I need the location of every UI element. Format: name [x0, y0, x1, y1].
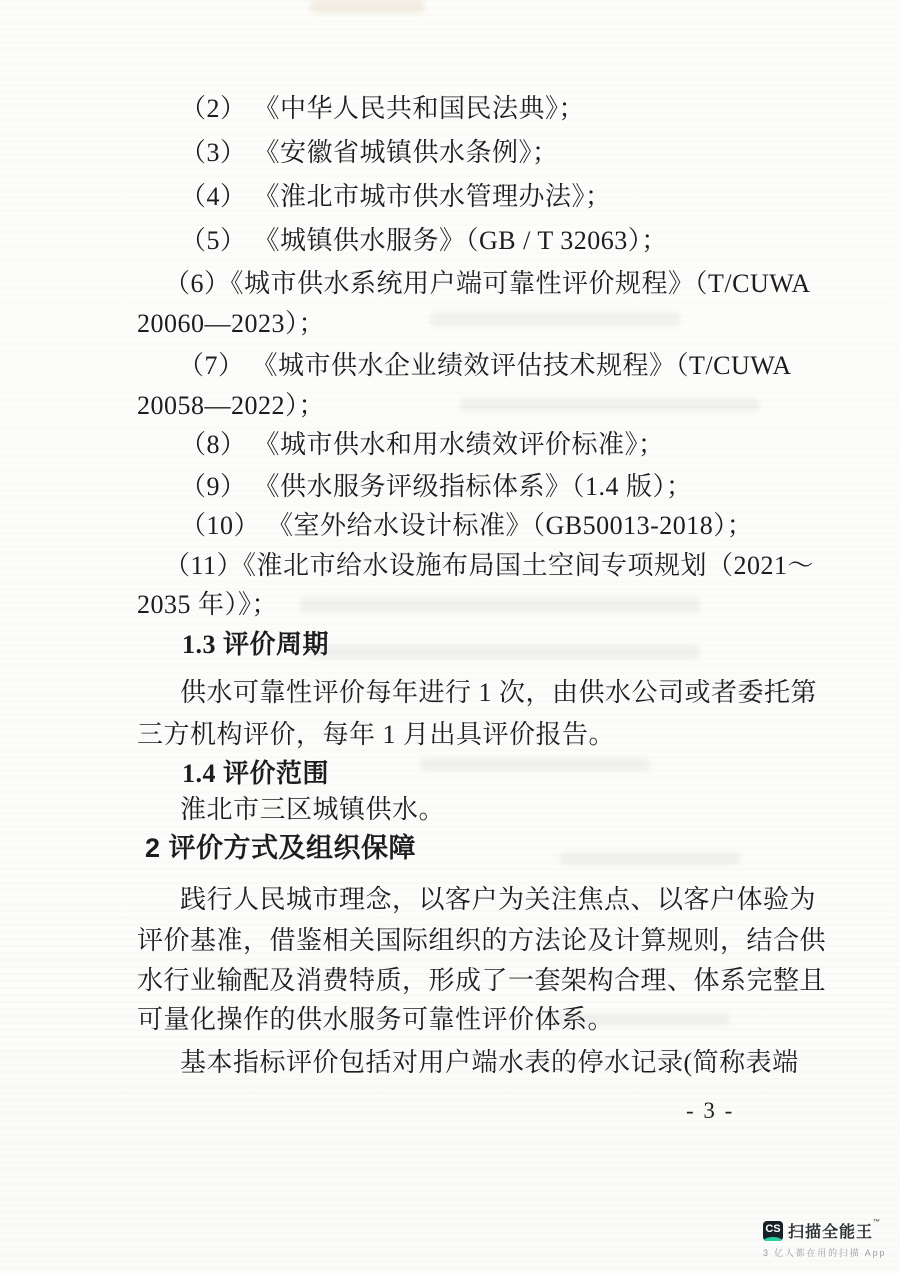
- scan-artifact: [560, 852, 740, 865]
- camscanner-subtitle: 3 亿人都在用的扫描 App: [763, 1246, 891, 1259]
- scan-artifact: [420, 758, 650, 771]
- doc-paragraph-line: 践行人民城市理念，以客户为关注焦点、以客户体验为: [180, 883, 816, 917]
- camscanner-title: 扫描全能王™: [788, 1219, 880, 1242]
- doc-paragraph-line: 供水可靠性评价每年进行 1 次，由供水公司或者委托第: [180, 676, 817, 710]
- scan-artifact: [430, 312, 680, 327]
- doc-line-item-11: （11）《淮北市给水设施布局国土空间专项规划（2021～: [164, 549, 814, 583]
- trademark-mark: ™: [873, 1219, 880, 1226]
- scan-artifact: [460, 398, 760, 412]
- doc-line-item-5: （5） 《城镇供水服务》（GB / T 32063）；: [180, 224, 668, 258]
- doc-line-item-4: （4） 《淮北市城市供水管理办法》；: [180, 180, 612, 214]
- doc-paragraph-line: 基本指标评价包括对用户端水表的停水记录(简称表端: [180, 1046, 799, 1080]
- doc-line-item-6-cont: 20060—2023）；: [137, 307, 325, 341]
- doc-line-item-7: （7） 《城市供水企业绩效评估技术规程》（T/CUWA: [178, 349, 792, 383]
- section-heading-1-4: 1.4 评价范围: [182, 757, 329, 791]
- doc-line-item-6: （6）《城市供水系统用户端可靠性评价规程》（T/CUWA: [164, 267, 811, 301]
- doc-paragraph-line: 水行业输配及消费特质，形成了一套架构合理、体系完整且: [137, 964, 826, 998]
- doc-line-item-10: （10） 《室外给水设计标准》（GB50013-2018）；: [180, 509, 753, 543]
- doc-paragraph-line: 评价基准，借鉴相关国际组织的方法论及计算规则，结合供: [137, 924, 826, 958]
- doc-paragraph-line: 可量化操作的供水服务可靠性评价体系。: [137, 1003, 614, 1037]
- section-heading-1-3: 1.3 评价周期: [182, 628, 329, 662]
- camscanner-watermark-row: CS 扫描全能王™: [763, 1219, 891, 1242]
- scan-artifact: [310, 645, 700, 659]
- doc-line-item-9: （9） 《供水服务评级指标体系》（1.4 版）；: [180, 470, 693, 504]
- scan-artifact: [300, 597, 700, 613]
- doc-paragraph-line: 三方机构评价，每年 1 月出具评价报告。: [137, 718, 615, 752]
- camscanner-title-text: 扫描全能王: [788, 1224, 873, 1241]
- doc-line-item-8: （8） 《城市供水和用水绩效评价标准》；: [180, 428, 665, 462]
- page-number: - 3 -: [686, 1098, 734, 1124]
- scan-artifact: [310, 0, 425, 13]
- camscanner-logo-icon: CS: [763, 1221, 783, 1241]
- doc-line-item-3: （3） 《安徽省城镇供水条例》；: [180, 136, 559, 170]
- doc-paragraph-line: 淮北市三区城镇供水。: [180, 793, 445, 827]
- camscanner-logo-text: CS: [765, 1224, 780, 1235]
- doc-line-item-7-cont: 20058—2022）；: [137, 389, 325, 423]
- doc-line-item-11-cont: 2035 年）》；: [137, 588, 278, 622]
- doc-line-item-2: （2） 《中华人民共和国民法典》；: [180, 92, 585, 126]
- camscanner-watermark: CS 扫描全能王™ 3 亿人都在用的扫描 App: [763, 1219, 891, 1259]
- scanned-document-page: （2） 《中华人民共和国民法典》； （3） 《安徽省城镇供水条例》； （4） 《…: [0, 0, 900, 1273]
- section-heading-2: 2 评价方式及组织保障: [145, 831, 416, 865]
